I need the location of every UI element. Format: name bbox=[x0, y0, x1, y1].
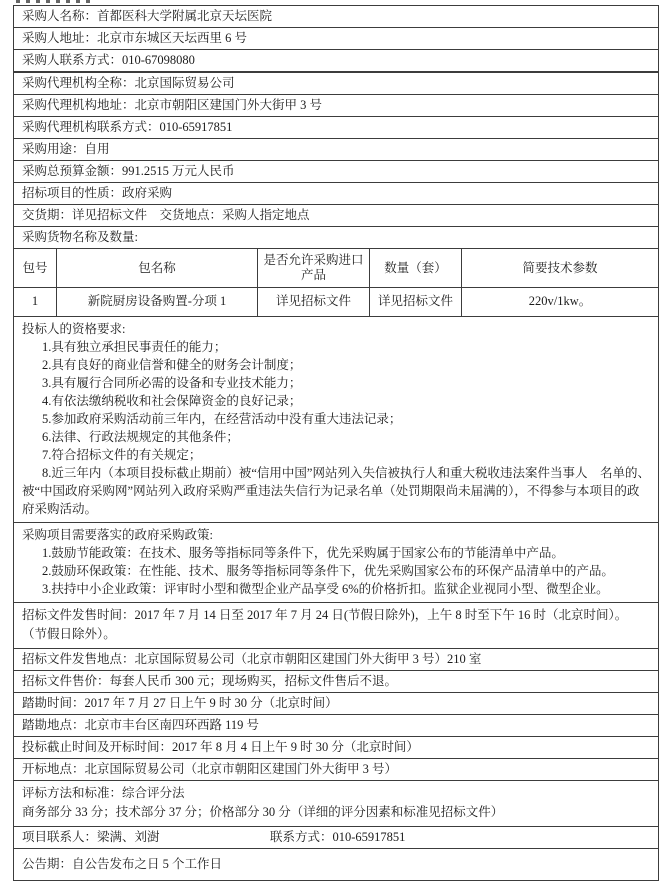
field-bid-deadline: 投标截止时间及开标时间：2017 年 8 月 4 日上午 9 时 30 分（北京… bbox=[14, 736, 658, 758]
field-purchaser-contact: 采购人联系方式：010-67098080 bbox=[14, 49, 658, 71]
field-agency-name: 采购代理机构全称：北京国际贸易公司 bbox=[14, 71, 658, 94]
policy-item: 3.扶持中小企业政策：评审时小型和微型企业产品享受 6%的价格折扣。监狱企业视同… bbox=[22, 580, 650, 598]
qualifications-title: 投标人的资格要求: bbox=[22, 320, 650, 338]
contact-method: 联系方式：010-65917851 bbox=[270, 830, 405, 844]
field-agency-contact: 采购代理机构联系方式：010-65917851 bbox=[14, 116, 658, 138]
goods-header-row: 包号 包名称 是否允许采购进口产品 数量（套） 简要技术参数 bbox=[14, 249, 658, 288]
tender-announcement-table: 采购人名称：首都医科大学附属北京天坛医院 采购人地址：北京市东城区天坛西里 6 … bbox=[13, 5, 659, 854]
field-total-budget: 采购总预算金额：991.2515 万元人民币 bbox=[14, 160, 658, 182]
goods-header-package-name: 包名称 bbox=[57, 249, 258, 288]
goods-header-package-no: 包号 bbox=[14, 249, 57, 288]
qualifications-section: 投标人的资格要求: 1.具有独立承担民事责任的能力； 2.具有良好的商业信誉和健… bbox=[14, 316, 658, 522]
field-site-visit-place: 踏勘地点：北京市丰台区南四环西路 119 号 bbox=[14, 714, 658, 736]
qualification-item: 4.有依法缴纳税收和社会保障资金的良好记录； bbox=[22, 392, 650, 410]
clipped-text-remnant bbox=[16, 0, 94, 3]
field-notice-period: 公告期：自公告发布之日 5 个工作日 bbox=[14, 848, 658, 855]
policy-item: 2.鼓励环保政策：在性能、技术、服务等指标同等条件下，优先采购国家公布的环保产品… bbox=[22, 562, 650, 580]
evaluation-scores: 商务部分 33 分；技术部分 37 分；价格部分 30 分（详细的评分因素和标准… bbox=[22, 803, 650, 822]
goods-cell-package-name: 新院厨房设备购置-分项 1 bbox=[57, 288, 258, 316]
goods-section: 采购货物名称及数量: 包号 包名称 是否允许采购进口产品 数量（套） 简要技术参… bbox=[14, 226, 658, 316]
qualification-item: 7.符合招标文件的有关规定； bbox=[22, 446, 650, 464]
goods-cell-import-allowed: 详见招标文件 bbox=[257, 288, 369, 316]
goods-header-quantity: 数量（套） bbox=[369, 249, 461, 288]
doc-sale-time-line2: （节假日除外）。 bbox=[22, 625, 650, 644]
field-doc-price: 招标文件售价：每套人民币 300 元；现场购买，招标文件售后不退。 bbox=[14, 670, 658, 692]
evaluation-method: 评标方法和标准：综合评分法 bbox=[22, 784, 650, 803]
goods-table: 包号 包名称 是否允许采购进口产品 数量（套） 简要技术参数 1 新院厨房设备购… bbox=[14, 248, 658, 316]
field-purchaser-address: 采购人地址：北京市东城区天坛西里 6 号 bbox=[14, 27, 658, 49]
goods-cell-tech-params: 220v/1kw。 bbox=[462, 288, 658, 316]
contact-person: 项目联系人：梁满、刘澍 bbox=[22, 830, 270, 844]
field-doc-sale-place: 招标文件发售地点：北京国际贸易公司（北京市朝阳区建国门外大街甲 3 号）210 … bbox=[14, 648, 658, 670]
qualification-item: 5.参加政府采购活动前三年内，在经营活动中没有重大违法记录； bbox=[22, 410, 650, 428]
goods-header-tech-params: 简要技术参数 bbox=[462, 249, 658, 288]
field-purchase-purpose: 采购用途：自用 bbox=[14, 138, 658, 160]
policies-title: 采购项目需要落实的政府采购政策: bbox=[22, 526, 650, 544]
qualification-item: 1.具有独立承担民事责任的能力； bbox=[22, 338, 650, 356]
field-delivery: 交货期：详见招标文件 交货地点：采购人指定地点 bbox=[14, 204, 658, 226]
field-agency-address: 采购代理机构地址：北京市朝阳区建国门外大街甲 3 号 bbox=[14, 94, 658, 116]
field-purchaser-name: 采购人名称：首都医科大学附属北京天坛医院 bbox=[14, 6, 658, 27]
qualification-item: 3.具有履行合同所必需的设备和专业技术能力； bbox=[22, 374, 650, 392]
qualification-item: 6.法律、行政法规规定的其他条件； bbox=[22, 428, 650, 446]
goods-section-label: 采购货物名称及数量: bbox=[14, 227, 658, 248]
goods-cell-package-no: 1 bbox=[14, 288, 57, 316]
policies-section: 采购项目需要落实的政府采购政策: 1.鼓励节能政策：在技术、服务等指标同等条件下… bbox=[14, 522, 658, 602]
qualification-item: 8.近三年内（本项目投标截止期前）被“信用中国”网站列入失信被执行人和重大税收违… bbox=[22, 464, 650, 518]
evaluation-section: 评标方法和标准：综合评分法 商务部分 33 分；技术部分 37 分；价格部分 3… bbox=[14, 780, 658, 826]
field-project-nature: 招标项目的性质：政府采购 bbox=[14, 182, 658, 204]
field-project-contact: 项目联系人：梁满、刘澍 联系方式：010-65917851 bbox=[14, 826, 658, 848]
field-bid-opening-place: 开标地点：北京国际贸易公司（北京市朝阳区建国门外大街甲 3 号） bbox=[14, 758, 658, 780]
policy-item: 1.鼓励节能政策：在技术、服务等指标同等条件下，优先采购属于国家公布的节能清单中… bbox=[22, 544, 650, 562]
field-doc-sale-time: 招标文件发售时间：2017 年 7 月 14 日至 2017 年 7 月 24 … bbox=[14, 602, 658, 648]
goods-header-import-allowed: 是否允许采购进口产品 bbox=[257, 249, 369, 288]
goods-cell-quantity: 详见招标文件 bbox=[369, 288, 461, 316]
goods-data-row: 1 新院厨房设备购置-分项 1 详见招标文件 详见招标文件 220v/1kw。 bbox=[14, 288, 658, 316]
qualification-item: 2.具有良好的商业信誉和健全的财务会计制度； bbox=[22, 356, 650, 374]
field-site-visit-time: 踏勘时间：2017 年 7 月 27 日上午 9 时 30 分（北京时间） bbox=[14, 692, 658, 714]
doc-sale-time-line1: 招标文件发售时间：2017 年 7 月 14 日至 2017 年 7 月 24 … bbox=[22, 606, 650, 625]
